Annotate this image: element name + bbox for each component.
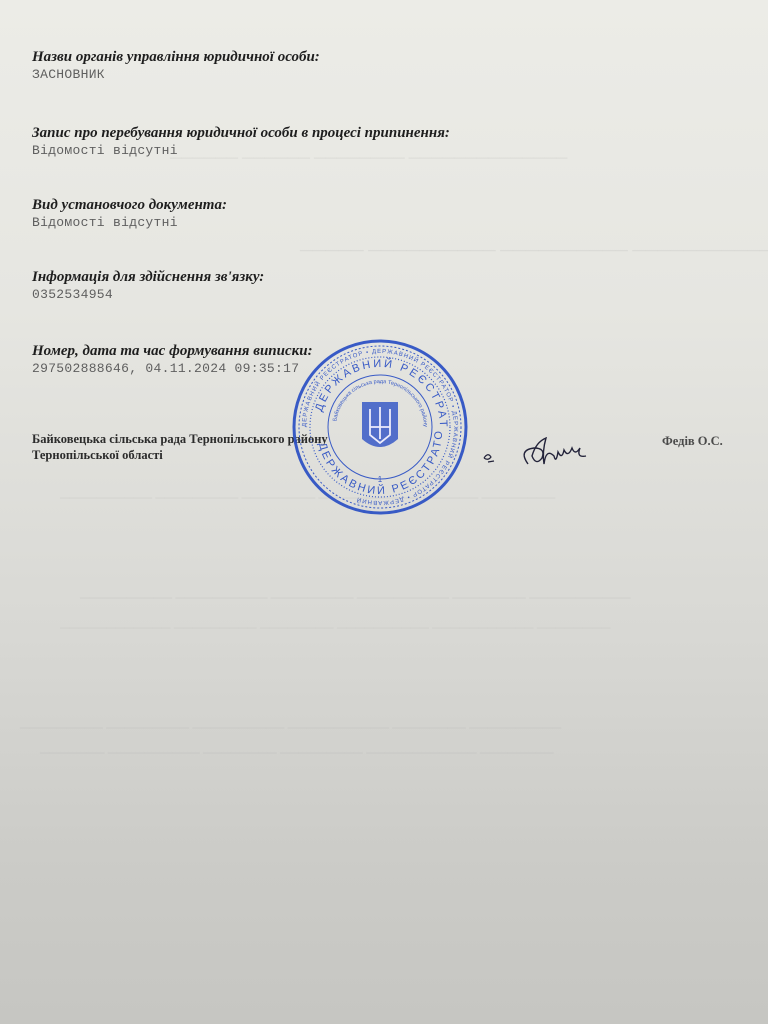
issuing-organization: Байковецька сільська рада Тернопільськог… [32,431,328,463]
field-value: ЗАСНОВНИК [32,66,320,84]
organization-line-2: Тернопільської області [32,447,328,463]
trident-emblem-icon [362,402,398,447]
field-value: Відомості відсутні [32,142,450,160]
field-value: Відомості відсутні [32,214,227,232]
organization-line-1: Байковецька сільська рада Тернопільськог… [32,431,328,447]
signature [480,432,640,474]
field-label: Запис про перебування юридичної особи в … [32,124,450,142]
bleed-through-text: ─────────── ──────── ────────── ────────… [80,590,630,606]
field-termination-record: Запис про перебування юридичної особи в … [32,124,450,160]
bleed-through-text: ────────── ──────── ─────────── ────────… [20,720,561,736]
field-label: Назви органів управління юридичної особи… [32,48,320,66]
registrar-name: Федів О.С. [662,434,723,449]
field-label: Інформація для здійснення зв'язку: [32,268,264,286]
field-founding-document: Вид установчого документа: Відомості від… [32,196,227,232]
field-governing-bodies: Назви органів управління юридичної особи… [32,48,320,84]
field-value: 0352534954 [32,286,264,304]
svg-text:1: 1 [378,475,383,484]
field-extract-number-date: Номер, дата та час формування виписки: 2… [32,342,313,378]
official-stamp: ДЕРЖАВНИЙ РЕЄСТРАТОР • ДЕРЖАВНИЙ РЕЄСТРА… [290,337,470,517]
field-value: 297502888646, 04.11.2024 09:35:17 [32,360,313,378]
bleed-through-text: ──────────── ────────── ────────── ───── [300,240,768,261]
bleed-through-text: ──────── ─────────── ────────── ────────… [60,620,610,636]
field-label: Номер, дата та час формування виписки: [32,342,313,360]
field-contact-info: Інформація для здійснення зв'язку: 03525… [32,268,264,304]
field-label: Вид установчого документа: [32,196,227,214]
bleed-through-text: ──────── ──────────── ───────── ────────… [40,745,554,761]
